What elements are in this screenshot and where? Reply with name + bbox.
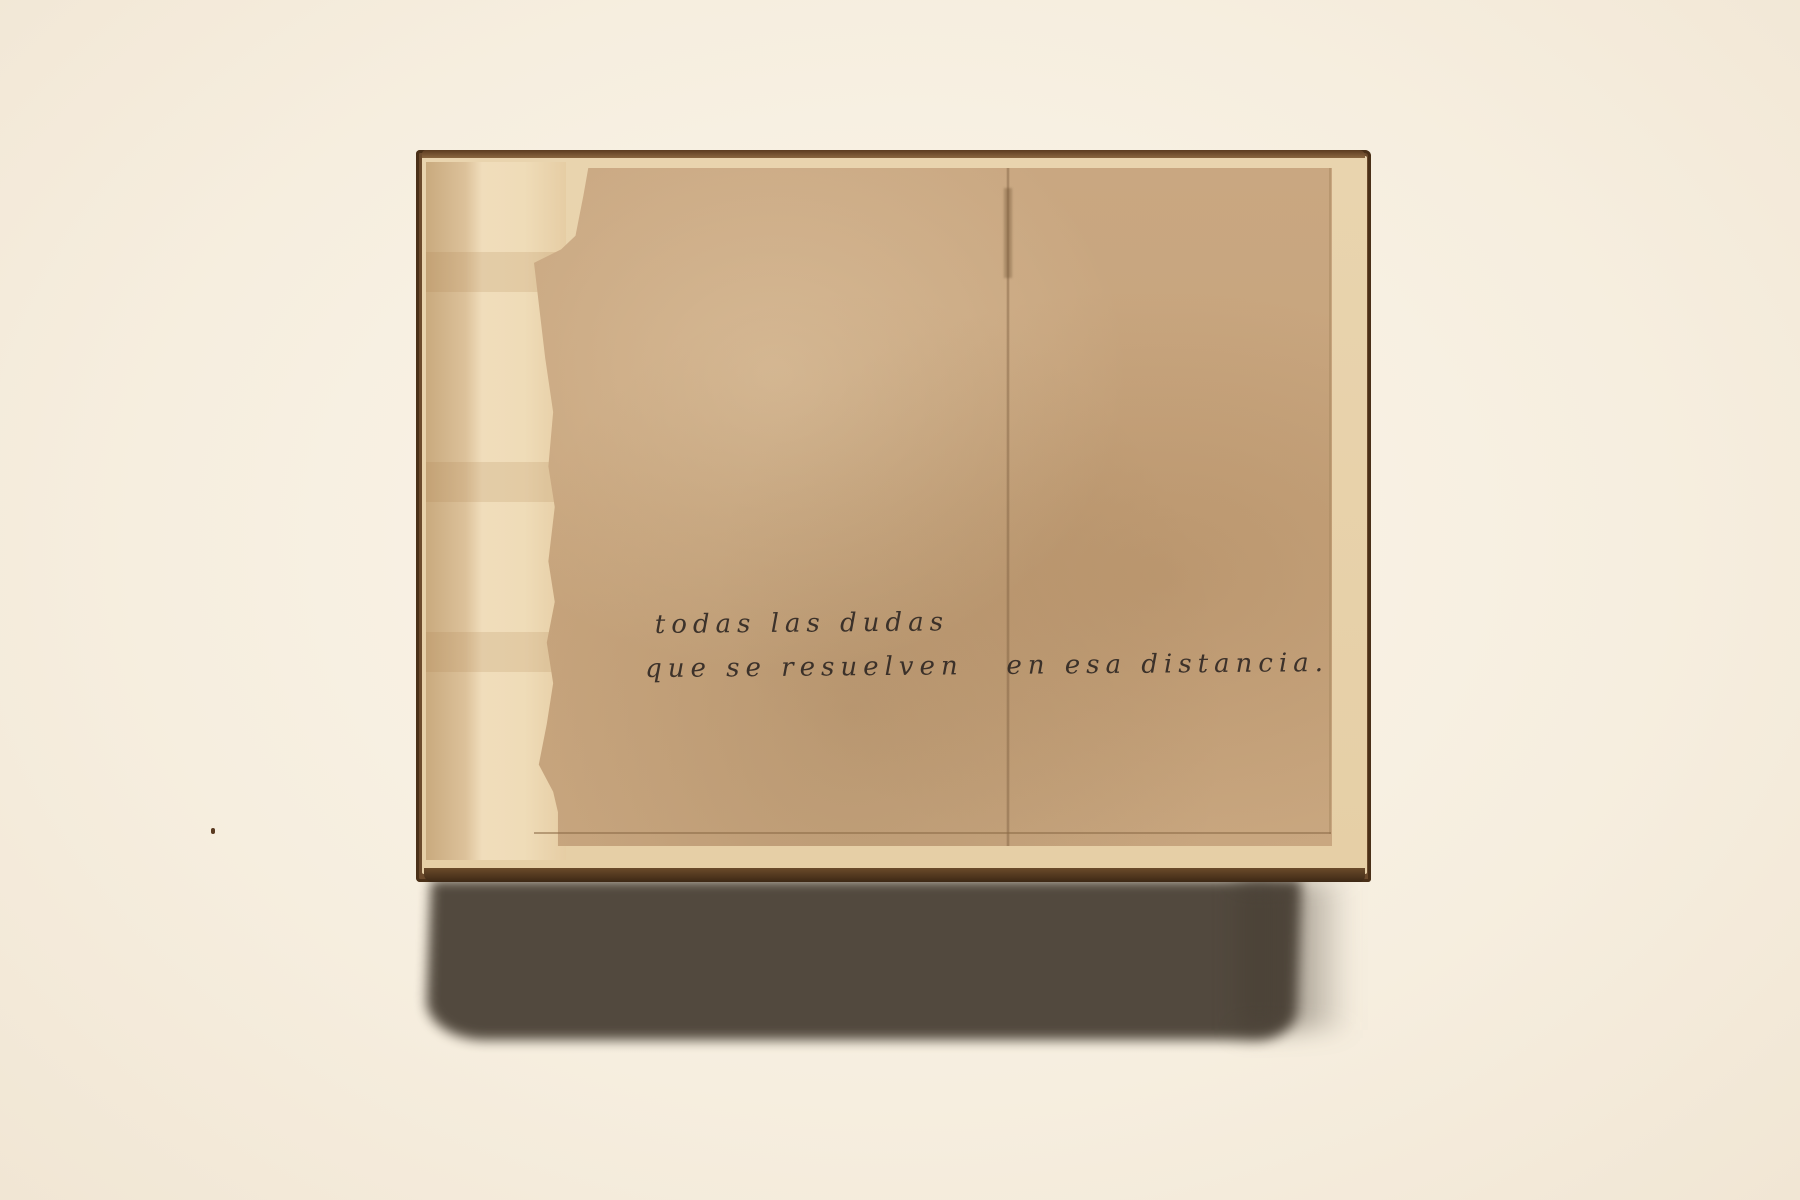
page-border-bottom: [534, 832, 1331, 834]
photo-scene: todas las dudas que se resuelven en esa …: [0, 0, 1800, 1200]
book-shadow-fade: [1240, 880, 1350, 1030]
book-top-edge: [422, 150, 1365, 158]
stain-band: [426, 462, 566, 502]
handwritten-inscription: todas las dudas que se resuelven en esa …: [655, 597, 1330, 691]
inscription-line-2: que se resuelven en esa distancia.: [645, 641, 1329, 691]
book-bottom-edge: [424, 868, 1365, 882]
page-border-right: [1329, 168, 1331, 834]
book-shadow: [425, 880, 1301, 1040]
dust-speck: [211, 828, 215, 834]
gutter-stain: [1004, 188, 1012, 278]
inscription-line-1: todas las dudas: [655, 597, 1329, 647]
stain-band: [426, 632, 566, 672]
open-book: [416, 150, 1371, 882]
pasted-paper-sheet: [534, 168, 1332, 846]
